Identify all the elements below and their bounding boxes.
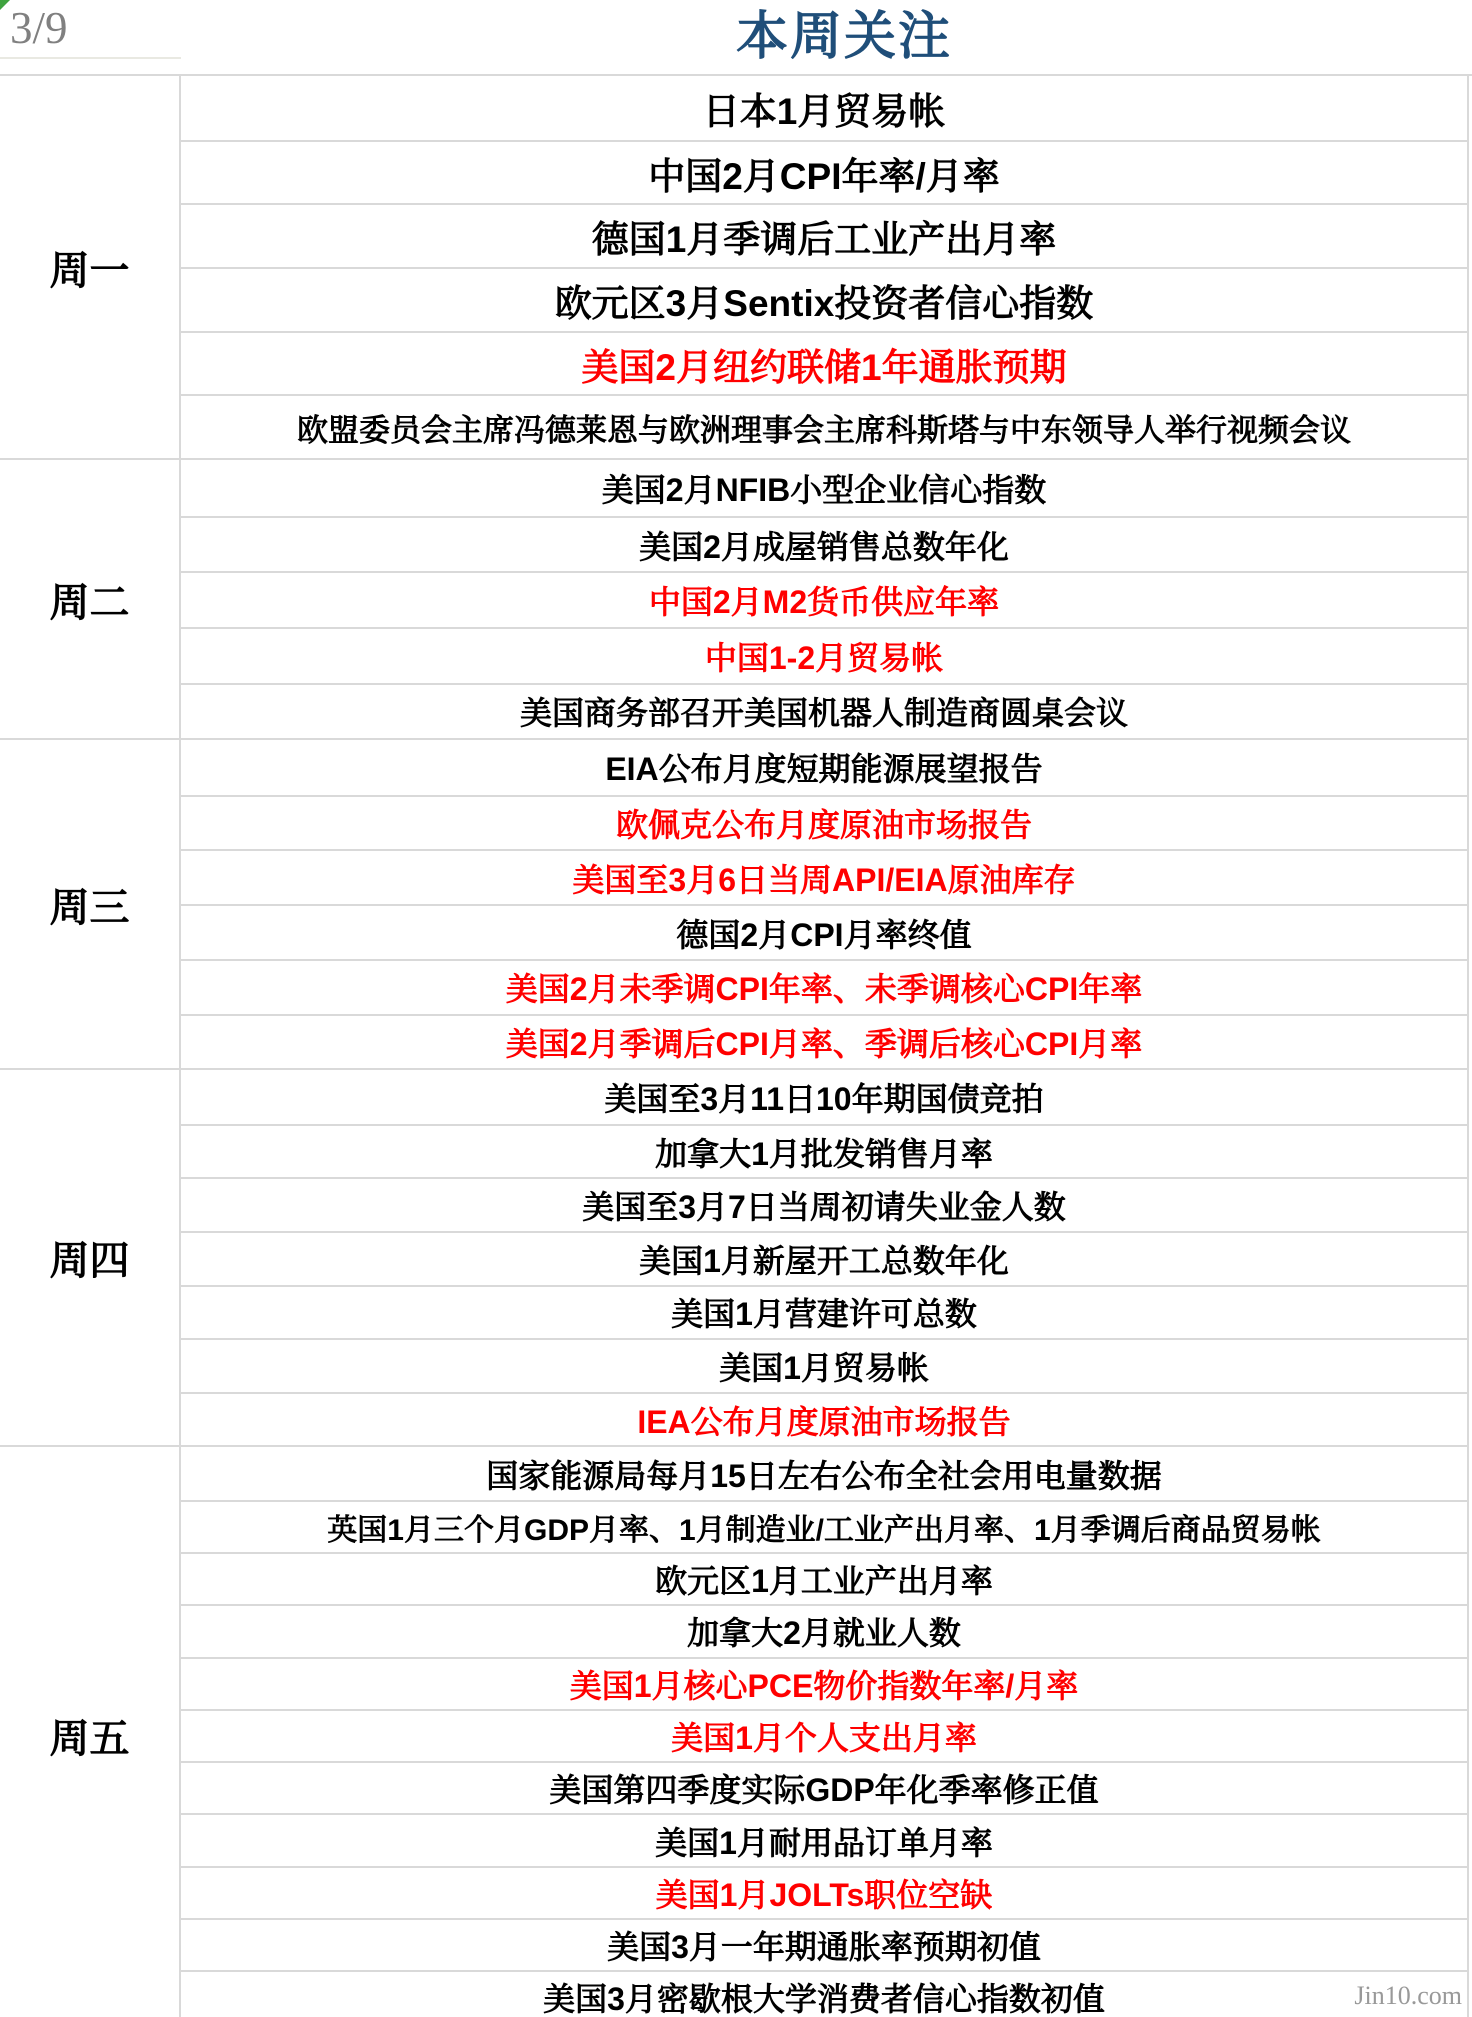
events-column-wednesday: EIA公布月度短期能源展望报告欧佩克公布月度原油市场报告美国至3月6日当周API… <box>181 740 1467 1068</box>
event-text: 英国1月三个月GDP月率、1月制造业/工业产出月率、1月季调后商品贸易帐 <box>327 1505 1320 1549</box>
watermark: Jin10.com <box>1354 1981 1462 2011</box>
event-row: 美国2月未季调CPI年率、未季调核心CPI年率 <box>181 959 1467 1014</box>
event-text: 美国1月营建许可总数 <box>671 1289 977 1335</box>
event-row: IEA公布月度原油市场报告 <box>181 1392 1467 1446</box>
day-section-wednesday: 周三EIA公布月度短期能源展望报告欧佩克公布月度原油市场报告美国至3月6日当周A… <box>0 738 1467 1068</box>
event-row: 美国至3月7日当周初请失业金人数 <box>181 1177 1467 1231</box>
event-row: 美国1月新屋开工总数年化 <box>181 1231 1467 1285</box>
event-text: 中国2月CPI年率/月率 <box>648 146 1000 200</box>
event-text: 美国2月未季调CPI年率、未季调核心CPI年率 <box>506 964 1143 1010</box>
event-text: 美国第四季度实际GDP年化季率修正值 <box>549 1765 1098 1811</box>
event-text: 中国1-2月贸易帐 <box>705 633 943 679</box>
event-row: 美国2月NFIB小型企业信心指数 <box>181 460 1467 516</box>
event-text: 美国1月核心PCE物价指数年率/月率 <box>570 1661 1079 1707</box>
event-row: 美国2月成屋销售总数年化 <box>181 516 1467 572</box>
event-row: 中国1-2月贸易帐 <box>181 627 1467 683</box>
event-text: 美国1月新屋开工总数年化 <box>639 1236 1009 1282</box>
event-row: 中国2月CPI年率/月率 <box>181 140 1467 204</box>
event-text: 欧元区3月Sentix投资者信心指数 <box>555 273 1094 327</box>
event-row: 美国第四季度实际GDP年化季率修正值 <box>181 1761 1467 1813</box>
event-text: 美国2月成屋销售总数年化 <box>639 522 1009 568</box>
event-row: 美国2月纽约联储1年通胀预期 <box>181 331 1467 395</box>
weekly-focus-page: 3/9 本周关注 周一日本1月贸易帐中国2月CPI年率/月率德国1月季调后工业产… <box>0 0 1472 2017</box>
event-row: 美国1月个人支出月率 <box>181 1709 1467 1761</box>
event-row: 美国3月一年期通胀率预期初值 <box>181 1918 1467 1970</box>
event-text: 美国2月纽约联储1年通胀预期 <box>581 337 1066 391</box>
event-text: 美国1月JOLTs职位空缺 <box>656 1870 993 1916</box>
event-text: 美国2月NFIB小型企业信心指数 <box>602 465 1046 511</box>
event-text: 欧佩克公布月度原油市场报告 <box>616 800 1032 846</box>
day-label-tuesday: 周二 <box>0 460 181 738</box>
event-text: 欧盟委员会主席冯德莱恩与欧洲理事会主席科斯塔与中东领导人举行视频会议 <box>297 405 1351 450</box>
event-row: 欧盟委员会主席冯德莱恩与欧洲理事会主席科斯塔与中东领导人举行视频会议 <box>181 394 1467 458</box>
event-text: 美国商务部召开美国机器人制造商圆桌会议 <box>520 688 1128 734</box>
event-row: 德国2月CPI月率终值 <box>181 904 1467 959</box>
events-column-monday: 日本1月贸易帐中国2月CPI年率/月率德国1月季调后工业产出月率欧元区3月Sen… <box>181 76 1467 458</box>
day-section-friday: 周五国家能源局每月15日左右公布全社会用电量数据英国1月三个月GDP月率、1月制… <box>0 1445 1467 2017</box>
event-row: 日本1月贸易帐 <box>181 76 1467 140</box>
event-row: 国家能源局每月15日左右公布全社会用电量数据 <box>181 1447 1467 1499</box>
event-row: 美国1月贸易帐 <box>181 1338 1467 1392</box>
event-text: 加拿大1月批发销售月率 <box>655 1129 993 1175</box>
page-header: 3/9 本周关注 <box>0 0 1472 76</box>
event-text: 美国至3月11日10年期国债竞拍 <box>604 1074 1043 1120</box>
event-text: 美国1月个人支出月率 <box>671 1713 977 1759</box>
event-text: 美国至3月6日当周API/EIA原油库存 <box>572 855 1075 901</box>
event-row: 德国1月季调后工业产出月率 <box>181 203 1467 267</box>
event-row: 欧元区1月工业产出月率 <box>181 1552 1467 1604</box>
event-row: 美国至3月11日10年期国债竞拍 <box>181 1070 1467 1124</box>
event-row: 英国1月三个月GDP月率、1月制造业/工业产出月率、1月季调后商品贸易帐 <box>181 1500 1467 1552</box>
event-text: 国家能源局每月15日左右公布全社会用电量数据 <box>486 1451 1162 1497</box>
event-row: 加拿大2月就业人数 <box>181 1604 1467 1656</box>
event-row: 美国1月JOLTs职位空缺 <box>181 1866 1467 1918</box>
day-label-monday: 周一 <box>0 76 181 458</box>
events-column-tuesday: 美国2月NFIB小型企业信心指数美国2月成屋销售总数年化中国2月M2货币供应年率… <box>181 460 1467 738</box>
event-text: 美国3月一年期通胀率预期初值 <box>607 1922 1041 1968</box>
schedule-table: 周一日本1月贸易帐中国2月CPI年率/月率德国1月季调后工业产出月率欧元区3月S… <box>0 76 1469 2017</box>
event-text: 美国2月季调后CPI月率、季调后核心CPI月率 <box>506 1019 1143 1065</box>
event-text: IEA公布月度原油市场报告 <box>637 1397 1010 1443</box>
day-section-thursday: 周四美国至3月11日10年期国债竞拍加拿大1月批发销售月率美国至3月7日当周初请… <box>0 1068 1467 1445</box>
event-text: 日本1月贸易帐 <box>703 81 946 135</box>
day-section-monday: 周一日本1月贸易帐中国2月CPI年率/月率德国1月季调后工业产出月率欧元区3月S… <box>0 76 1467 458</box>
event-text: 德国2月CPI月率终值 <box>676 910 971 956</box>
day-label-friday: 周五 <box>0 1447 181 2017</box>
event-row: 加拿大1月批发销售月率 <box>181 1124 1467 1178</box>
event-row: EIA公布月度短期能源展望报告 <box>181 740 1467 795</box>
event-text: 中国2月M2货币供应年率 <box>649 577 999 623</box>
event-text: 欧元区1月工业产出月率 <box>655 1556 993 1602</box>
day-section-tuesday: 周二美国2月NFIB小型企业信心指数美国2月成屋销售总数年化中国2月M2货币供应… <box>0 458 1467 738</box>
event-row: 美国1月核心PCE物价指数年率/月率 <box>181 1657 1467 1709</box>
event-row: 美国1月耐用品订单月率 <box>181 1813 1467 1865</box>
event-row: 美国商务部召开美国机器人制造商圆桌会议 <box>181 683 1467 739</box>
event-row: 欧佩克公布月度原油市场报告 <box>181 795 1467 850</box>
event-text: EIA公布月度短期能源展望报告 <box>605 744 1042 790</box>
event-text: 美国1月耐用品订单月率 <box>655 1818 993 1864</box>
page-title: 本周关注 <box>0 0 1472 76</box>
event-row: 美国3月密歇根大学消费者信心指数初值 <box>181 1970 1467 2017</box>
event-text: 加拿大2月就业人数 <box>687 1608 961 1654</box>
event-row: 欧元区3月Sentix投资者信心指数 <box>181 267 1467 331</box>
event-text: 美国3月密歇根大学消费者信心指数初值 <box>543 1974 1105 2017</box>
events-column-thursday: 美国至3月11日10年期国债竞拍加拿大1月批发销售月率美国至3月7日当周初请失业… <box>181 1070 1467 1445</box>
day-label-wednesday: 周三 <box>0 740 181 1068</box>
event-text: 美国1月贸易帐 <box>719 1343 929 1389</box>
event-row: 中国2月M2货币供应年率 <box>181 571 1467 627</box>
event-row: 美国1月营建许可总数 <box>181 1285 1467 1339</box>
event-text: 德国1月季调后工业产出月率 <box>592 209 1057 263</box>
day-label-thursday: 周四 <box>0 1070 181 1445</box>
event-row: 美国2月季调后CPI月率、季调后核心CPI月率 <box>181 1014 1467 1069</box>
event-row: 美国至3月6日当周API/EIA原油库存 <box>181 849 1467 904</box>
event-text: 美国至3月7日当周初请失业金人数 <box>582 1182 1066 1228</box>
events-column-friday: 国家能源局每月15日左右公布全社会用电量数据英国1月三个月GDP月率、1月制造业… <box>181 1447 1467 2017</box>
